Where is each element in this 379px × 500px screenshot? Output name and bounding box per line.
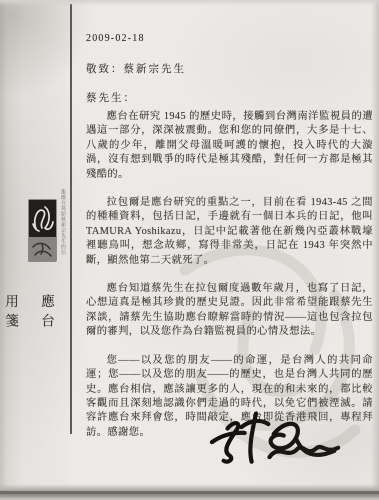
letter-paragraph: 拉包爾是應台研究的重點之一，目前在看 1943-45 之間的種種資料，包括日記，… (86, 196, 373, 268)
letter-paragraph: 應台知道蔡先生在拉包爾度過數年歲月，也寫了日記，心想這真是極其珍貴的歷史見證。因… (86, 282, 373, 340)
calligraphy-heart-icon (29, 200, 56, 261)
letter-salutation: 蔡先生： (86, 90, 136, 105)
micro-caption-text: 龍應台寫給蔡新宗先生的信 (59, 189, 66, 273)
stationery-label-bottom: 用箋 (0, 271, 20, 355)
signature-autograph (197, 400, 348, 485)
letterhead-divider-line (70, 4, 72, 434)
letter-date: 2009-02-18 (86, 33, 145, 44)
stationery-label: 應台用箋 (29, 271, 56, 355)
stationery-label-top: 應台 (36, 271, 56, 355)
letter-recipient: 敬致：蔡新宗先生 (86, 61, 186, 76)
letter-paragraph: 應台在研究 1945 的歷史時，接觸到台灣南洋監視員的遭遇這一部分，深深被震動。… (86, 110, 373, 182)
letterhead-logo (29, 200, 56, 261)
scanned-letter-page: 應台用箋 龍應台寫給蔡新宗先生的信 2009-02-18 敬致：蔡新宗先生 蔡先… (0, 0, 379, 500)
